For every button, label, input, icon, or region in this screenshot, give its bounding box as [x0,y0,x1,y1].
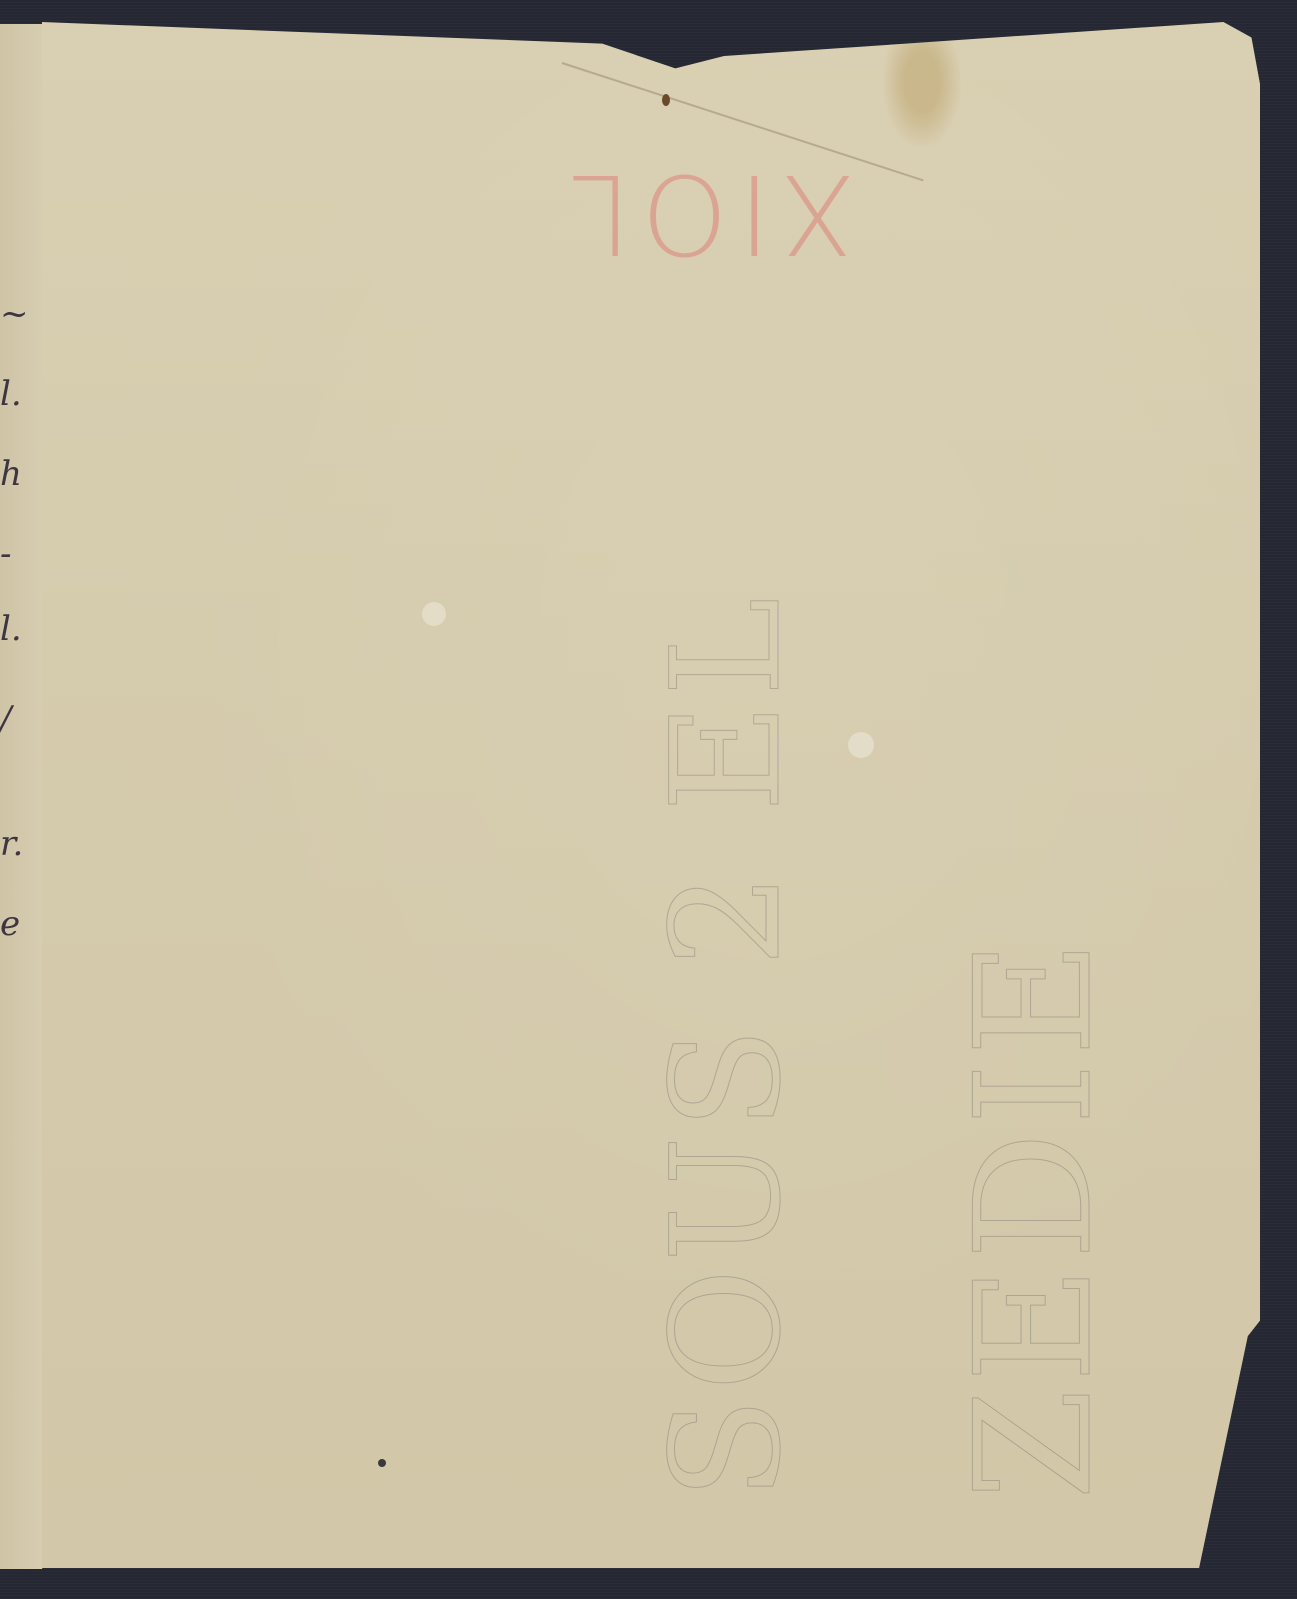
handwriting-fragment: l. [0,609,22,649]
ink-dot [378,1459,386,1467]
ink-stain [662,94,670,106]
handwriting-fragment: h [0,454,22,494]
handwriting-fragment: ~ [0,294,29,334]
adjacent-sheet-edge: ~ l. h - l. / r. e [0,24,43,1569]
paper-spot [422,602,446,626]
paper-spot [848,732,874,758]
watermark-left-column: SOUS 2 EL [640,591,814,1500]
handwriting-fragment: - [0,534,12,574]
red-pencil-annotation: XIOL [560,150,856,278]
handwriting-fragment: l. [0,374,22,414]
watermark-right-column: ZEDIE [940,934,1127,1500]
handwriting-fragment: r. [0,824,23,864]
handwriting-fragment: e [0,904,20,944]
handwriting-fragment: / [0,699,11,739]
